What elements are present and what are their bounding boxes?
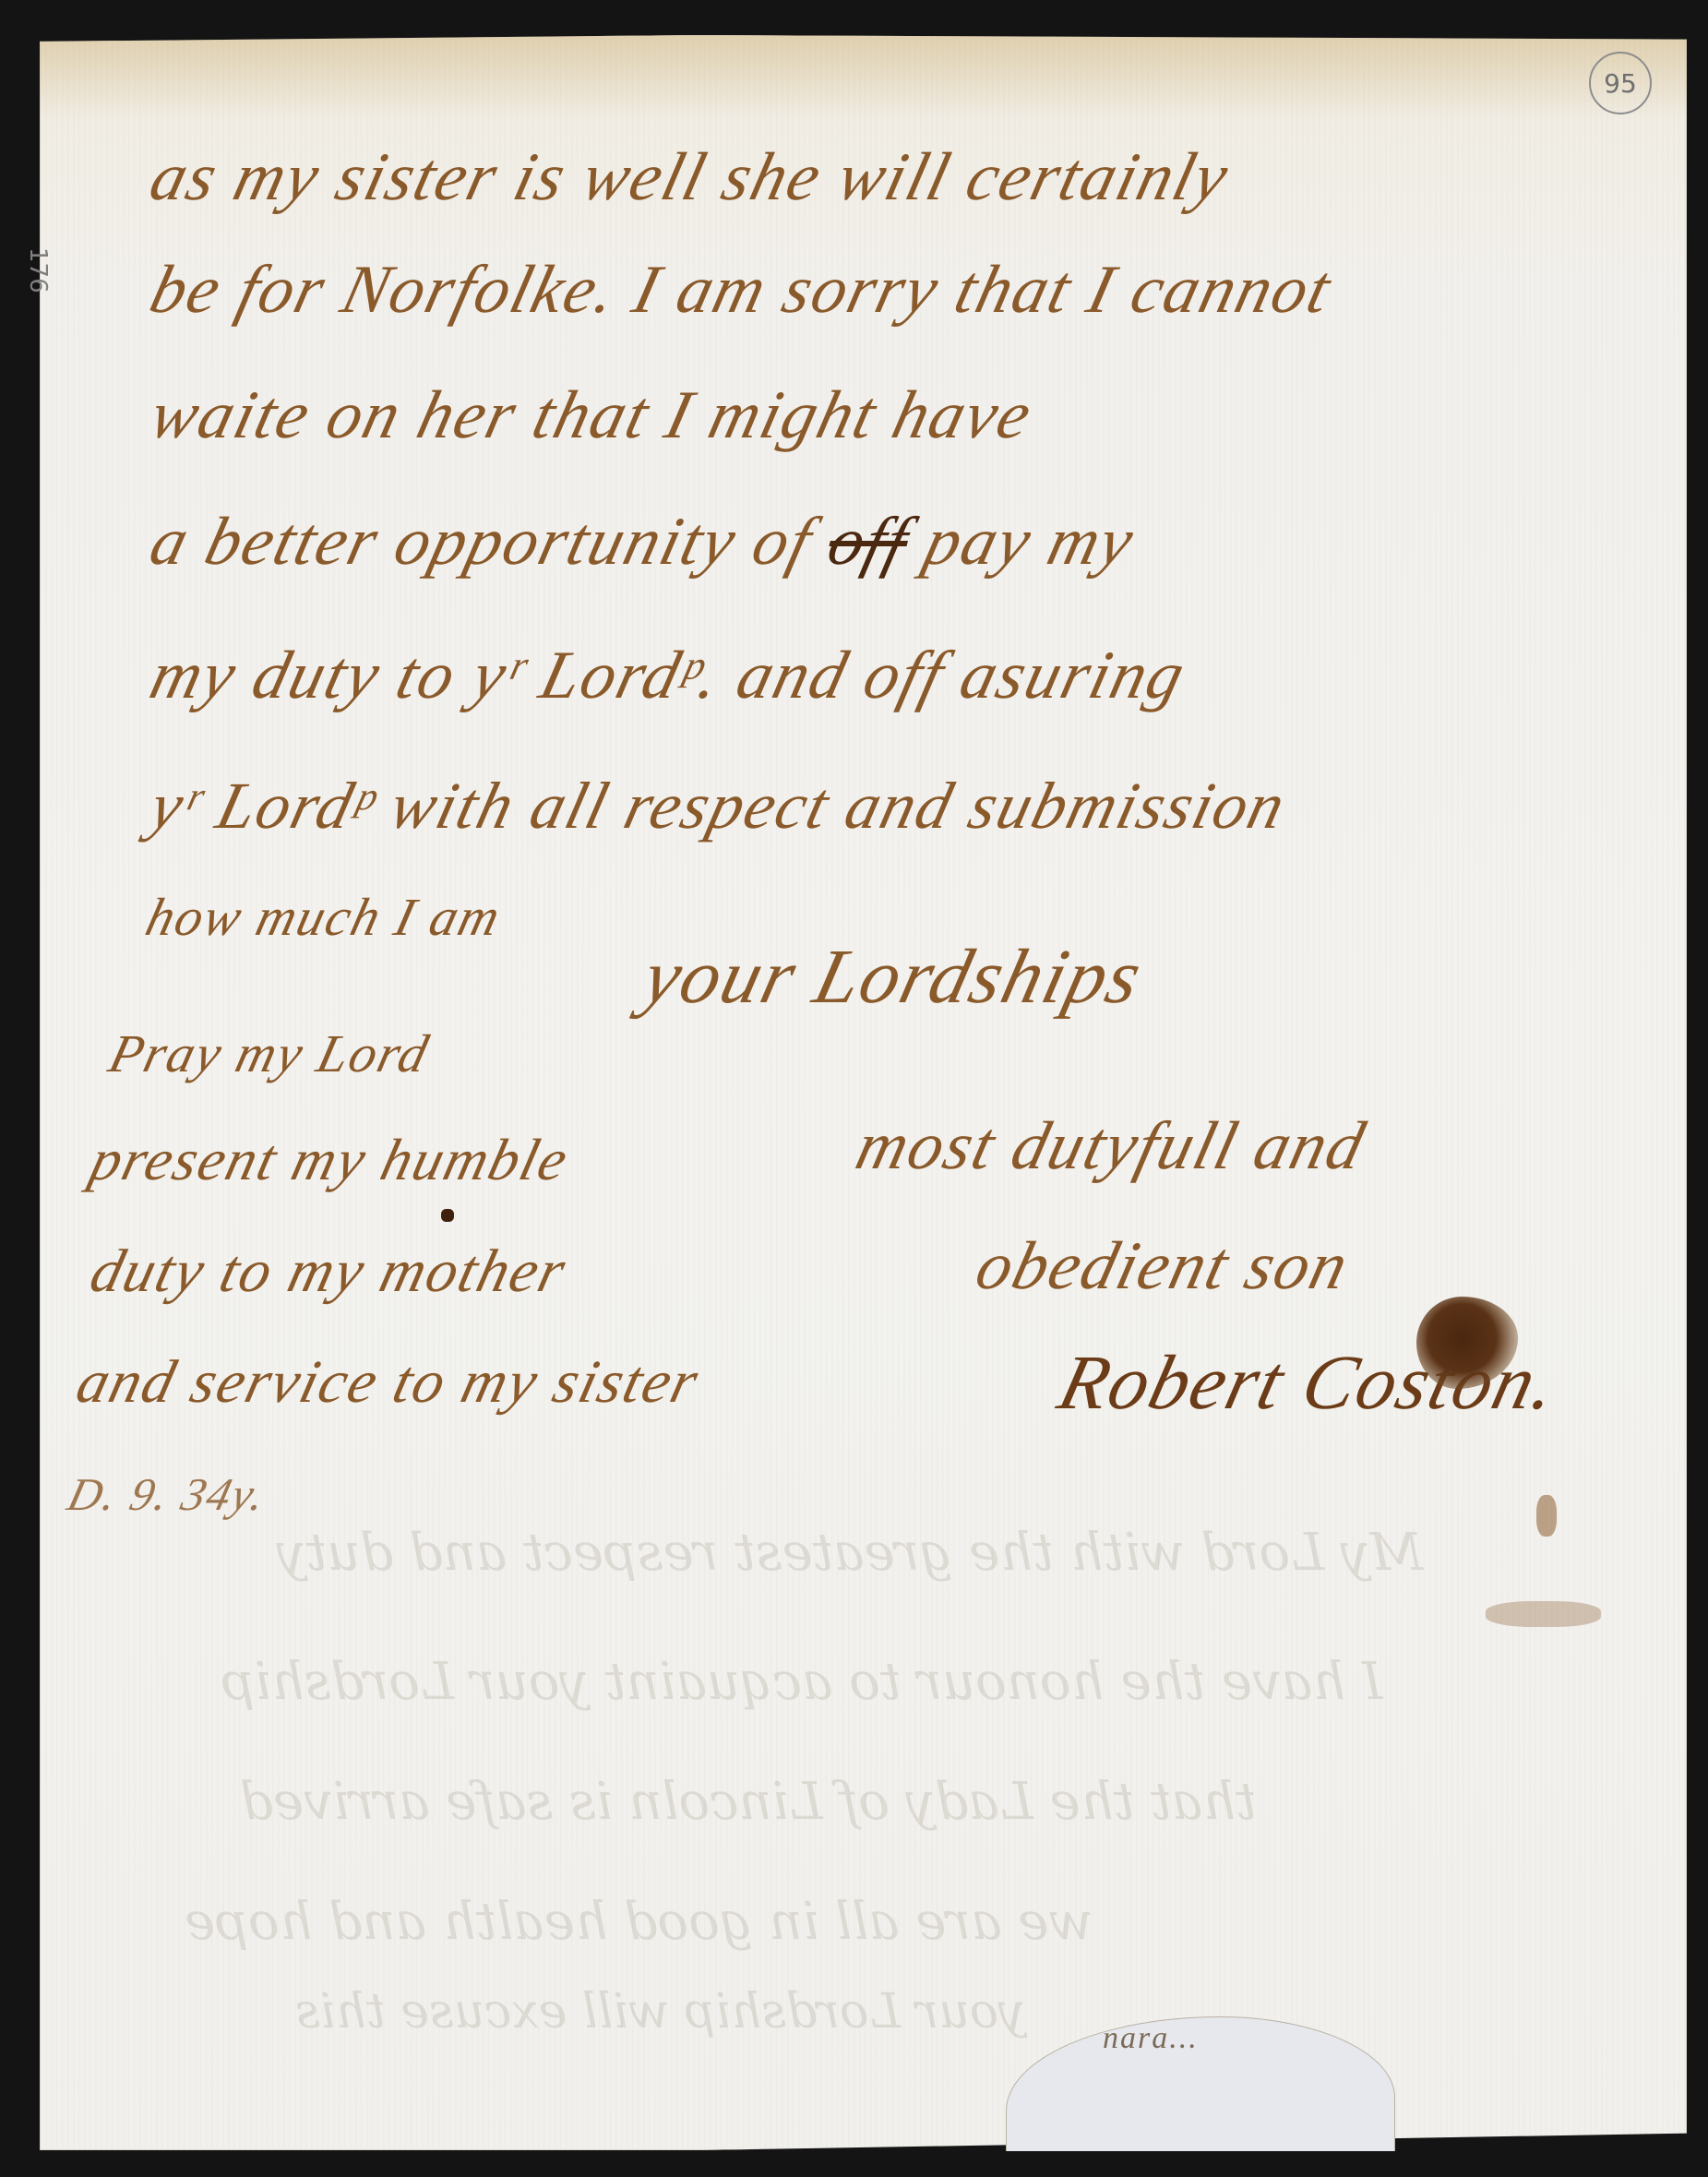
folio-number: 95 bbox=[1604, 68, 1637, 99]
letter-line-5: my duty to yʳ Lordᵖ. and off asuring bbox=[142, 637, 1193, 715]
letter-line-6: yʳ Lordᵖ with all respect and submission bbox=[143, 768, 1295, 844]
postscript-line-1: Pray my Lord bbox=[103, 1023, 436, 1084]
folio-number-stamp: 95 bbox=[1589, 52, 1652, 114]
showthrough-line: your Lordship will excuse this bbox=[295, 1984, 1026, 2039]
date-note: D. 9. 34y. bbox=[63, 1467, 273, 1521]
ink-dot bbox=[441, 1209, 454, 1222]
showthrough-line: I have the honour to acquaint your Lords… bbox=[221, 1652, 1382, 1712]
postscript-line-4: and service to my sister bbox=[70, 1347, 707, 1417]
postscript-line-3: duty to my mother bbox=[84, 1237, 574, 1307]
top-edge-stain bbox=[40, 35, 1687, 118]
subscription-obedient-son: obedient son bbox=[968, 1227, 1356, 1306]
letter-page bbox=[40, 35, 1687, 2150]
letter-line-1: as my sister is well she will certainly bbox=[142, 138, 1237, 217]
letter-line-4: a better opportunity of off pay my bbox=[142, 503, 1142, 581]
letter-line-4-end: pay my bbox=[899, 504, 1143, 580]
subscription-your-lordships: your Lordships bbox=[635, 932, 1152, 1022]
torn-patch-text: nara... bbox=[1103, 2021, 1199, 2056]
showthrough-line: we are all in good health and hope bbox=[185, 1892, 1093, 1952]
letter-line-3: waite on her that I might have bbox=[142, 377, 1040, 455]
showthrough-line: that the Lady of Lincoln is safe arrived bbox=[240, 1772, 1257, 1832]
closing-line: how much I am bbox=[140, 886, 508, 948]
margin-folio-number: 176 bbox=[24, 247, 52, 293]
subscription-most-dutyfull: most dutyfull and bbox=[848, 1107, 1373, 1186]
ink-stain bbox=[1486, 1601, 1601, 1627]
letter-line-4-start: a better opportunity of bbox=[143, 504, 840, 580]
ink-spot bbox=[1536, 1495, 1557, 1537]
postscript-line-2: present my humble bbox=[84, 1126, 577, 1194]
letter-line-2: be for Norfolke. I am sorry that I canno… bbox=[142, 251, 1339, 329]
showthrough-line: My Lord with the greatest respect and du… bbox=[277, 1523, 1423, 1583]
